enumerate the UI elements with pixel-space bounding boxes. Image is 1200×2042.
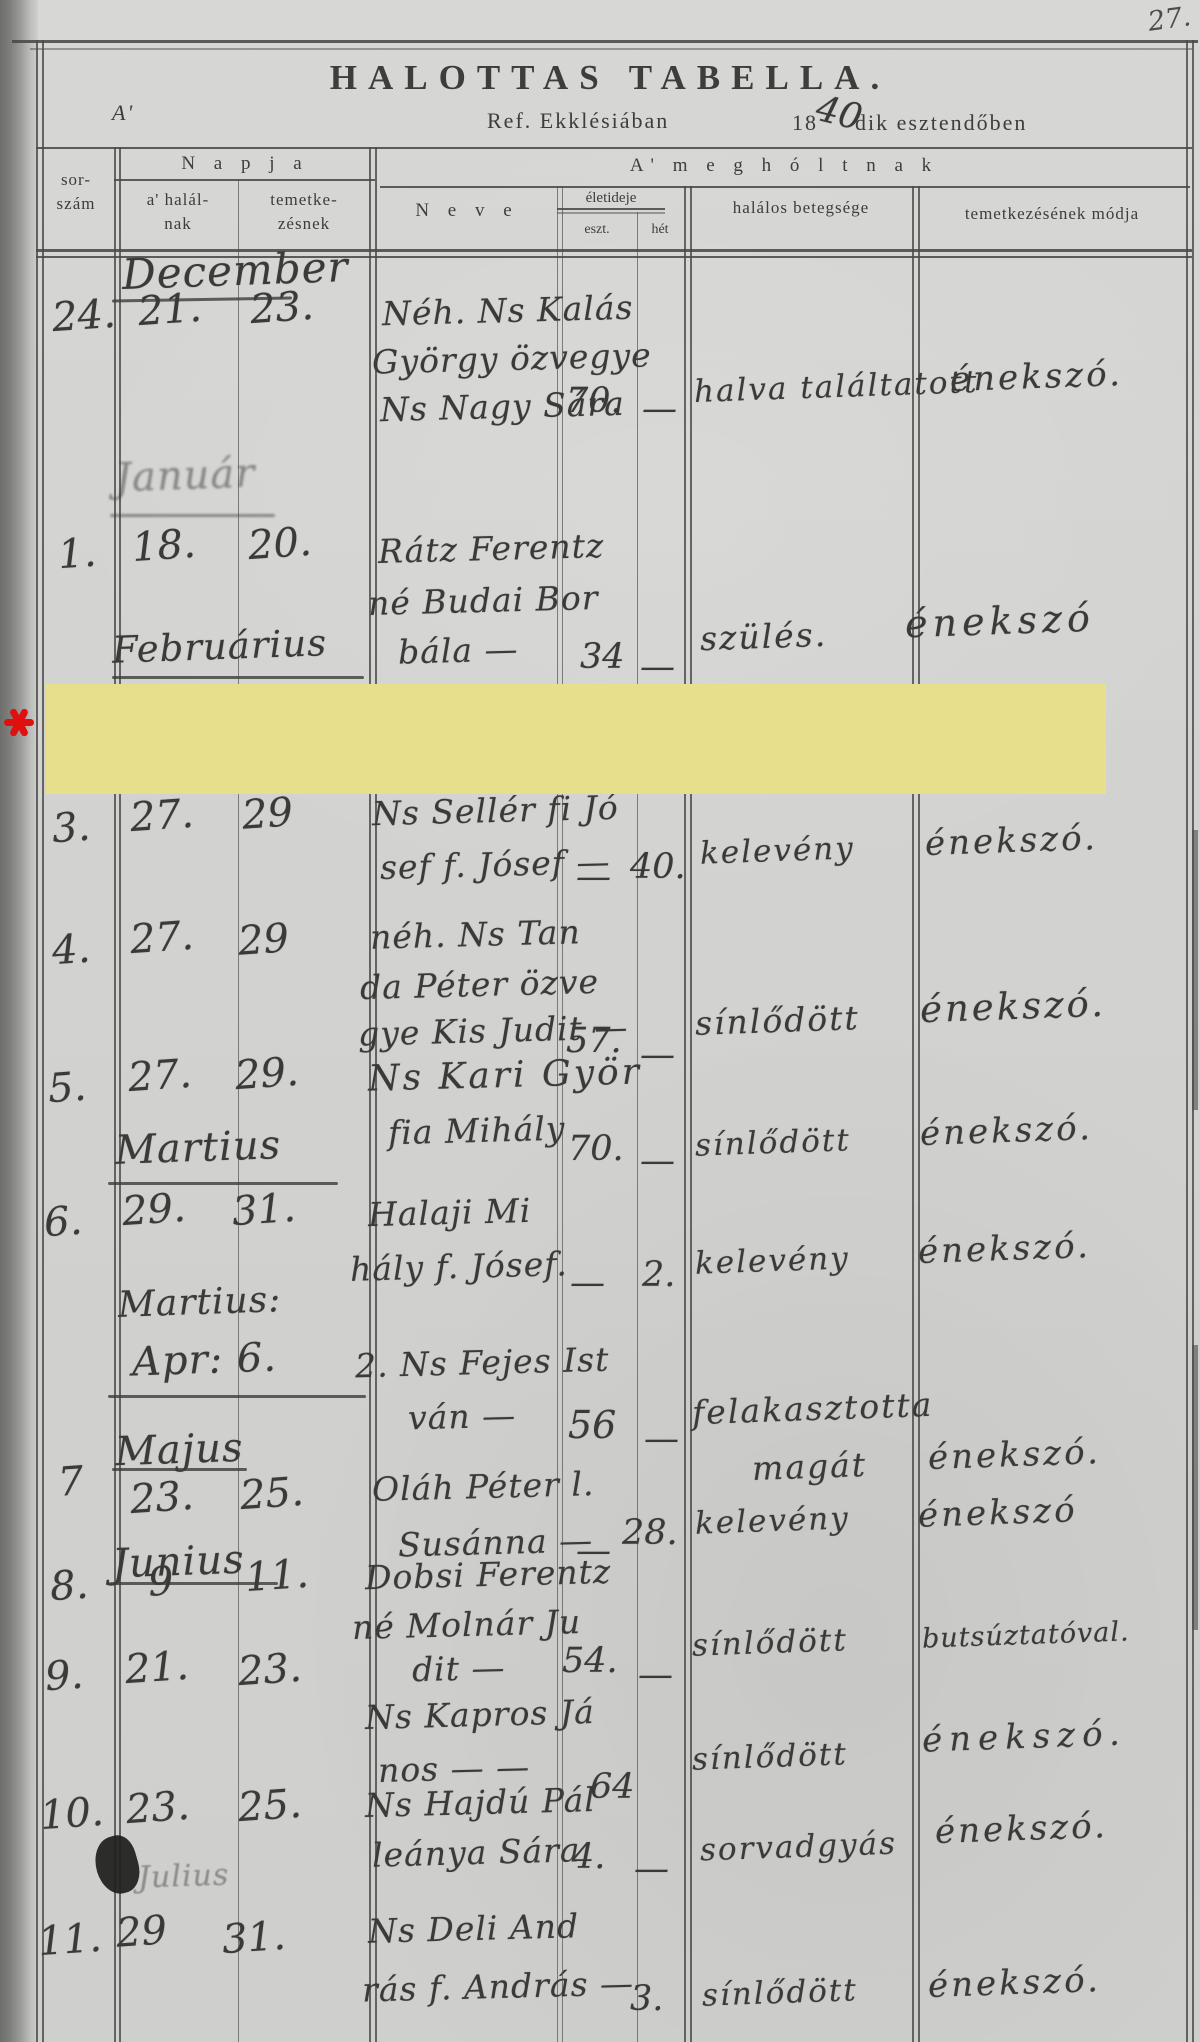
month-underline (112, 1468, 247, 1471)
cell-age-years: 56 (568, 1406, 616, 1444)
cell-age-weeks: — (640, 1144, 675, 1179)
cell-name-line: György özvegye (372, 338, 652, 378)
month-header-majus: Majus (114, 1428, 244, 1472)
cell-name-line: hály f. Jósef. (350, 1247, 569, 1286)
cell-burial-day: 23. (237, 1648, 303, 1692)
cell-row-number: 10. (39, 1792, 105, 1836)
cell-name-line: Dobsi Ferentz (365, 1555, 612, 1594)
cell-disease: sínlődött (694, 1001, 860, 1040)
table-right-border (1186, 40, 1188, 2042)
cell-row-number: 6. (43, 1201, 84, 1244)
cell-death-day: 21. (137, 288, 203, 332)
cell-name-line: Oláh Péter l. (372, 1467, 595, 1506)
cell-death-day: 23. (129, 1476, 195, 1520)
table-top-border (12, 40, 1198, 43)
cell-disease: sorvadgyás (700, 1829, 898, 1867)
cell-name-line: da Péter özve (360, 965, 600, 1004)
cell-death-day: 27. (127, 1054, 193, 1098)
page-corner-number: 27. (1146, 1, 1193, 38)
cell-burial-day: 31. (231, 1188, 297, 1232)
cell-row-number: 5. (47, 1067, 88, 1110)
cell-age-weeks: 40. (630, 850, 686, 885)
cell-age-weeks: 3. (630, 1982, 663, 2017)
row-highlight (46, 684, 1106, 794)
table-right-border (1192, 40, 1194, 2042)
month-header-junius: Junius (111, 1540, 245, 1585)
cell-burial-mode: énekszó. (919, 985, 1106, 1028)
cell-burial-mode: énekszó. (934, 1809, 1108, 1849)
cell-death-day: 23. (125, 1786, 191, 1830)
header-prefix: A' (112, 100, 134, 126)
cell-death-day: 18. (131, 524, 197, 568)
cell-burial-day: 20. (247, 522, 313, 566)
colhead-napja: N a p j a (120, 153, 370, 175)
cell-age-weeks: 28. (622, 1516, 678, 1551)
cell-age-years: 4. (572, 1840, 605, 1875)
deceased-underline (380, 186, 1190, 188)
cell-disease: sínlődött (692, 1739, 849, 1775)
colhead-burial-line2: zésnek (240, 214, 368, 234)
cell-name-line: bála — (398, 632, 519, 668)
colhead-rownum-line2: szám (40, 194, 112, 214)
cell-name-line: rás f. András — (362, 1966, 635, 2006)
cell-name-line: né Molnár Ju (352, 1605, 582, 1644)
month-header-januar: Január (114, 454, 256, 499)
cell-name-line: néh. Ns Tan (370, 915, 581, 954)
cell-burial-day: 29 (237, 918, 291, 961)
cell-name-line: né Budai Bor (368, 581, 599, 620)
cell-age-years: 54. (562, 1644, 618, 1679)
cell-burial-day: 31. (221, 1916, 287, 1960)
cell-name-line: Ns Kapros Já (365, 1695, 596, 1734)
scan-left-edge-shadow (0, 0, 38, 2042)
colhead-name: N e v e (378, 200, 556, 222)
cell-name-line: ván — (408, 1399, 517, 1435)
cell-death-day: 29. (121, 1188, 187, 1232)
cell-disease: sínlődött (695, 1125, 852, 1161)
cell-burial-day: 23. (249, 286, 315, 330)
col-divider-years-weeks (637, 212, 638, 2042)
header-divider-line (36, 147, 1192, 149)
age-underline-echo (557, 212, 665, 214)
col-divider-mode (912, 186, 914, 2042)
asterisk-marker-icon (2, 702, 36, 742)
cell-name-line: fia Mihály (388, 1112, 566, 1150)
cell-age-weeks: — (640, 1038, 675, 1073)
cell-disease: kelevény (695, 1243, 851, 1279)
cell-death-day: 27. (129, 794, 195, 838)
cell-death-day: 21. (124, 1646, 190, 1690)
cell-age-weeks: — (634, 1852, 669, 1887)
cell-death-day: 29 (115, 1910, 169, 1953)
cell-disease-line: felakasztotta (691, 1388, 933, 1429)
colhead-disease: halálos betegsége (692, 198, 910, 218)
colhead-age: életideje (558, 190, 664, 207)
cell-age-years: 70. (566, 384, 622, 419)
cell-row-number: 8. (49, 1565, 90, 1608)
cell-row-number: 11. (37, 1918, 103, 1962)
cell-burial-mode: énekszó. (917, 1229, 1091, 1269)
cell-death-day: 9 (147, 1561, 175, 1603)
month-underline (112, 676, 364, 679)
cell-burial-mode: énekszó (917, 1493, 1078, 1533)
cell-disease: sínlődött (702, 1975, 859, 2011)
cell-name-line: Ns Sellér fi Jó (372, 791, 619, 830)
colhead-death-line2: nak (120, 214, 236, 234)
cell-disease: kelevény (700, 833, 856, 869)
cell-row-number: 7 (57, 1461, 85, 1503)
colhead-rownum-line1: sor- (40, 170, 112, 190)
cell-age-years: 70. (568, 1132, 624, 1167)
cell-row-number: 1. (57, 533, 98, 576)
cell-burial-mode: énekszó. (927, 1963, 1101, 2003)
napja-underline (114, 179, 375, 181)
table-left-border (42, 40, 44, 2042)
cell-burial-mode: énekszó. (919, 1111, 1093, 1151)
month-underline (110, 514, 275, 517)
cell-age-years: — (576, 860, 611, 895)
cell-burial-mode: énekszó. (924, 821, 1098, 861)
cell-burial-mode: énekszó (904, 599, 1095, 644)
header-year-printed-post: dik esztendőben (855, 110, 1027, 136)
month-header-martius2: Martius: (117, 1282, 281, 1324)
cell-burial-mode: énekszó. (949, 357, 1123, 397)
colhead-age-weeks: hét (638, 222, 682, 238)
cell-burial-day: 25. (239, 1472, 305, 1516)
colhead-burial-mode: temetkezésének módja (920, 204, 1184, 224)
month-header-aprilis: Apr: 6. (131, 1337, 277, 1382)
cell-row-number: 4. (51, 929, 92, 972)
colhead-age-years: eszt. (560, 222, 634, 238)
cell-age-years: — (570, 1266, 605, 1301)
cell-burial-day: 25. (237, 1784, 303, 1828)
cell-name-line: Ns Kari Györ (368, 1054, 643, 1097)
cell-age-years: 34 (580, 640, 625, 675)
colhead-death-line1: a' halál- (120, 190, 236, 210)
colhead-deceased: A' m e g h ó l t n a k (380, 155, 1188, 177)
month-header-julius: Julius (138, 1860, 230, 1893)
cell-disease: kelevény (695, 1503, 851, 1539)
cell-disease: szülés. (699, 618, 827, 655)
cell-age-weeks: — (644, 1422, 679, 1457)
cell-row-number: 3. (51, 807, 92, 850)
cell-age-weeks: — (640, 650, 675, 685)
colhead-burial-line1: temetke- (240, 190, 368, 210)
month-underline (108, 1182, 338, 1185)
scanned-death-register-page: 27. HALOTTAS TABELLA. (0, 0, 1200, 2042)
table-top-border-echo (30, 48, 1192, 50)
month-header-martius: Martius (114, 1125, 281, 1171)
cell-burial-mode: butsúztatóval. (922, 1618, 1130, 1652)
cell-burial-day: 11. (244, 1554, 310, 1598)
cell-name-line: Halaji Mi (368, 1194, 532, 1231)
cell-name-line: dit — (412, 1651, 506, 1686)
cell-disease: sínlődött (692, 1625, 849, 1661)
cell-burial-day: 29. (234, 1052, 300, 1096)
cell-name-line: leánya Sára (372, 1833, 581, 1871)
cell-burial-mode: énekszó. (927, 1435, 1101, 1475)
header-church: Ref. Ekklésiában (487, 108, 669, 134)
cell-disease-line: magát (751, 1448, 867, 1485)
cell-age-weeks: — (642, 392, 677, 427)
month-underline (108, 1395, 366, 1398)
cell-disease: halva találtatott (694, 367, 979, 408)
col-divider-disease (684, 186, 686, 2042)
cell-name-line: Rátz Ferentz (378, 529, 605, 568)
cell-row-number: 24. (51, 294, 117, 338)
cell-age-weeks: 2. (642, 1258, 675, 1293)
cell-age-years: 64 (590, 1770, 635, 1805)
month-header-februarius: Februárius (111, 624, 327, 668)
col-divider-rownum (119, 147, 121, 2042)
cell-burial-day: 29 (241, 792, 295, 835)
cell-age-weeks: — (638, 1658, 673, 1693)
cell-name-line: Néh. Ns Kalás (382, 291, 634, 331)
table-left-border (36, 40, 38, 2042)
col-divider-rownum (114, 147, 116, 2042)
cell-name-line: Ns Deli And (368, 1909, 580, 1948)
age-underline (557, 208, 665, 210)
cell-burial-mode: énekszó. (921, 1716, 1127, 1757)
cell-name-line: 2. Ns Fejes Ist (355, 1343, 610, 1383)
cell-row-number: 9. (44, 1655, 85, 1698)
cell-name-line: Ns Hajdú Pál (365, 1783, 597, 1822)
cell-death-day: 27. (129, 916, 195, 960)
